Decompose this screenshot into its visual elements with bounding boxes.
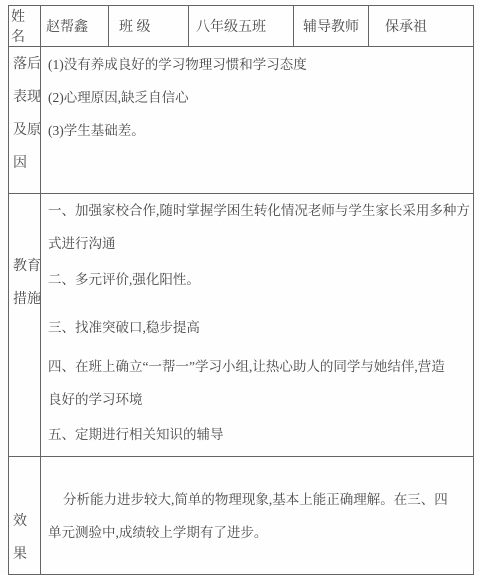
class-label: 班 级 [119, 20, 151, 35]
measures-row: 教育 措施 一、加强家校合作,随时掌握学困生转化情况老师与学生家长采用多种方 式… [9, 194, 474, 457]
text-line: 单元测验中,成绩较上学期有了进步。 [48, 516, 471, 549]
reasons-label-cell: 落后 表现 及原 因 [9, 47, 41, 194]
measures-label-cell: 教育 措施 [9, 194, 41, 457]
text-line: 分析能力进步较大,简单的物理现象,基本上能正确理解。在三、四 [48, 483, 471, 516]
reasons-row: 落后 表现 及原 因 (1)没有养成良好的学习物理习惯和学习态度 (2)心理原因… [9, 47, 474, 194]
student-tutoring-record-sheet: 姓名 赵帮鑫 班 级 八年级五班 辅导教师 保承祖 落后 表现 及原 [0, 0, 479, 575]
effect-label-line: 果 [9, 538, 40, 571]
tutoring-record-table: 姓名 赵帮鑫 班 级 八年级五班 辅导教师 保承祖 落后 表现 及原 [8, 5, 474, 575]
reasons-label-line: 表现 [9, 81, 40, 114]
teacher-label-cell: 辅导教师 [294, 6, 369, 47]
text-line: 三、找准突破口,稳步提高 [48, 311, 471, 344]
text-line: (1)没有养成良好的学习物理习惯和学习态度 [48, 48, 471, 81]
teacher-value-cell: 保承祖 [369, 6, 474, 47]
reasons-label-line: 因 [9, 147, 40, 180]
effect-label-cell: 效 果 [9, 457, 41, 575]
text-line: 良好的学习环境 [48, 383, 471, 416]
class-label-cell: 班 级 [109, 6, 189, 47]
text-line: 一、加强家校合作,随时掌握学困生转化情况老师与学生家长采用多种方 [48, 194, 471, 227]
text-line: 四、在班上确立“一帮一”学习小组,让热心助人的同学与她结伴,营造 [48, 350, 471, 383]
name-value: 赵帮鑫 [46, 20, 88, 35]
effect-content-cell: 分析能力进步较大,简单的物理现象,基本上能正确理解。在三、四 单元测验中,成绩较… [41, 457, 474, 575]
measures-label-line: 措施 [9, 283, 40, 316]
text-line: 式进行沟通 [48, 227, 471, 260]
text-line: (3)学生基础差。 [48, 114, 471, 147]
measures-label-line: 教育 [9, 250, 40, 283]
text-line: 二、多元评价,强化阳性。 [48, 263, 471, 296]
text-line: (2)心理原因,缺乏自信心 [48, 81, 471, 114]
name-value-cell: 赵帮鑫 [41, 6, 109, 47]
header-row: 姓名 赵帮鑫 班 级 八年级五班 辅导教师 保承祖 [9, 6, 474, 47]
reasons-label-line: 落后 [9, 48, 40, 81]
class-value: 八年级五班 [196, 20, 266, 35]
measures-content-cell: 一、加强家校合作,随时掌握学困生转化情况老师与学生家长采用多种方 式进行沟通 二… [41, 194, 474, 457]
reasons-label-line: 及原 [9, 114, 40, 147]
teacher-label: 辅导教师 [303, 20, 359, 35]
name-label: 姓名 [9, 6, 40, 46]
text-line: 五、定期进行相关知识的辅导 [48, 418, 471, 451]
reasons-content-cell: (1)没有养成良好的学习物理习惯和学习态度 (2)心理原因,缺乏自信心 (3)学… [41, 47, 474, 194]
effect-label-line: 效 [9, 505, 40, 538]
teacher-value: 保承祖 [385, 20, 427, 35]
effect-row: 效 果 分析能力进步较大,简单的物理现象,基本上能正确理解。在三、四 单元测验中… [9, 457, 474, 575]
name-label-cell: 姓名 [9, 6, 41, 47]
class-value-cell: 八年级五班 [189, 6, 294, 47]
